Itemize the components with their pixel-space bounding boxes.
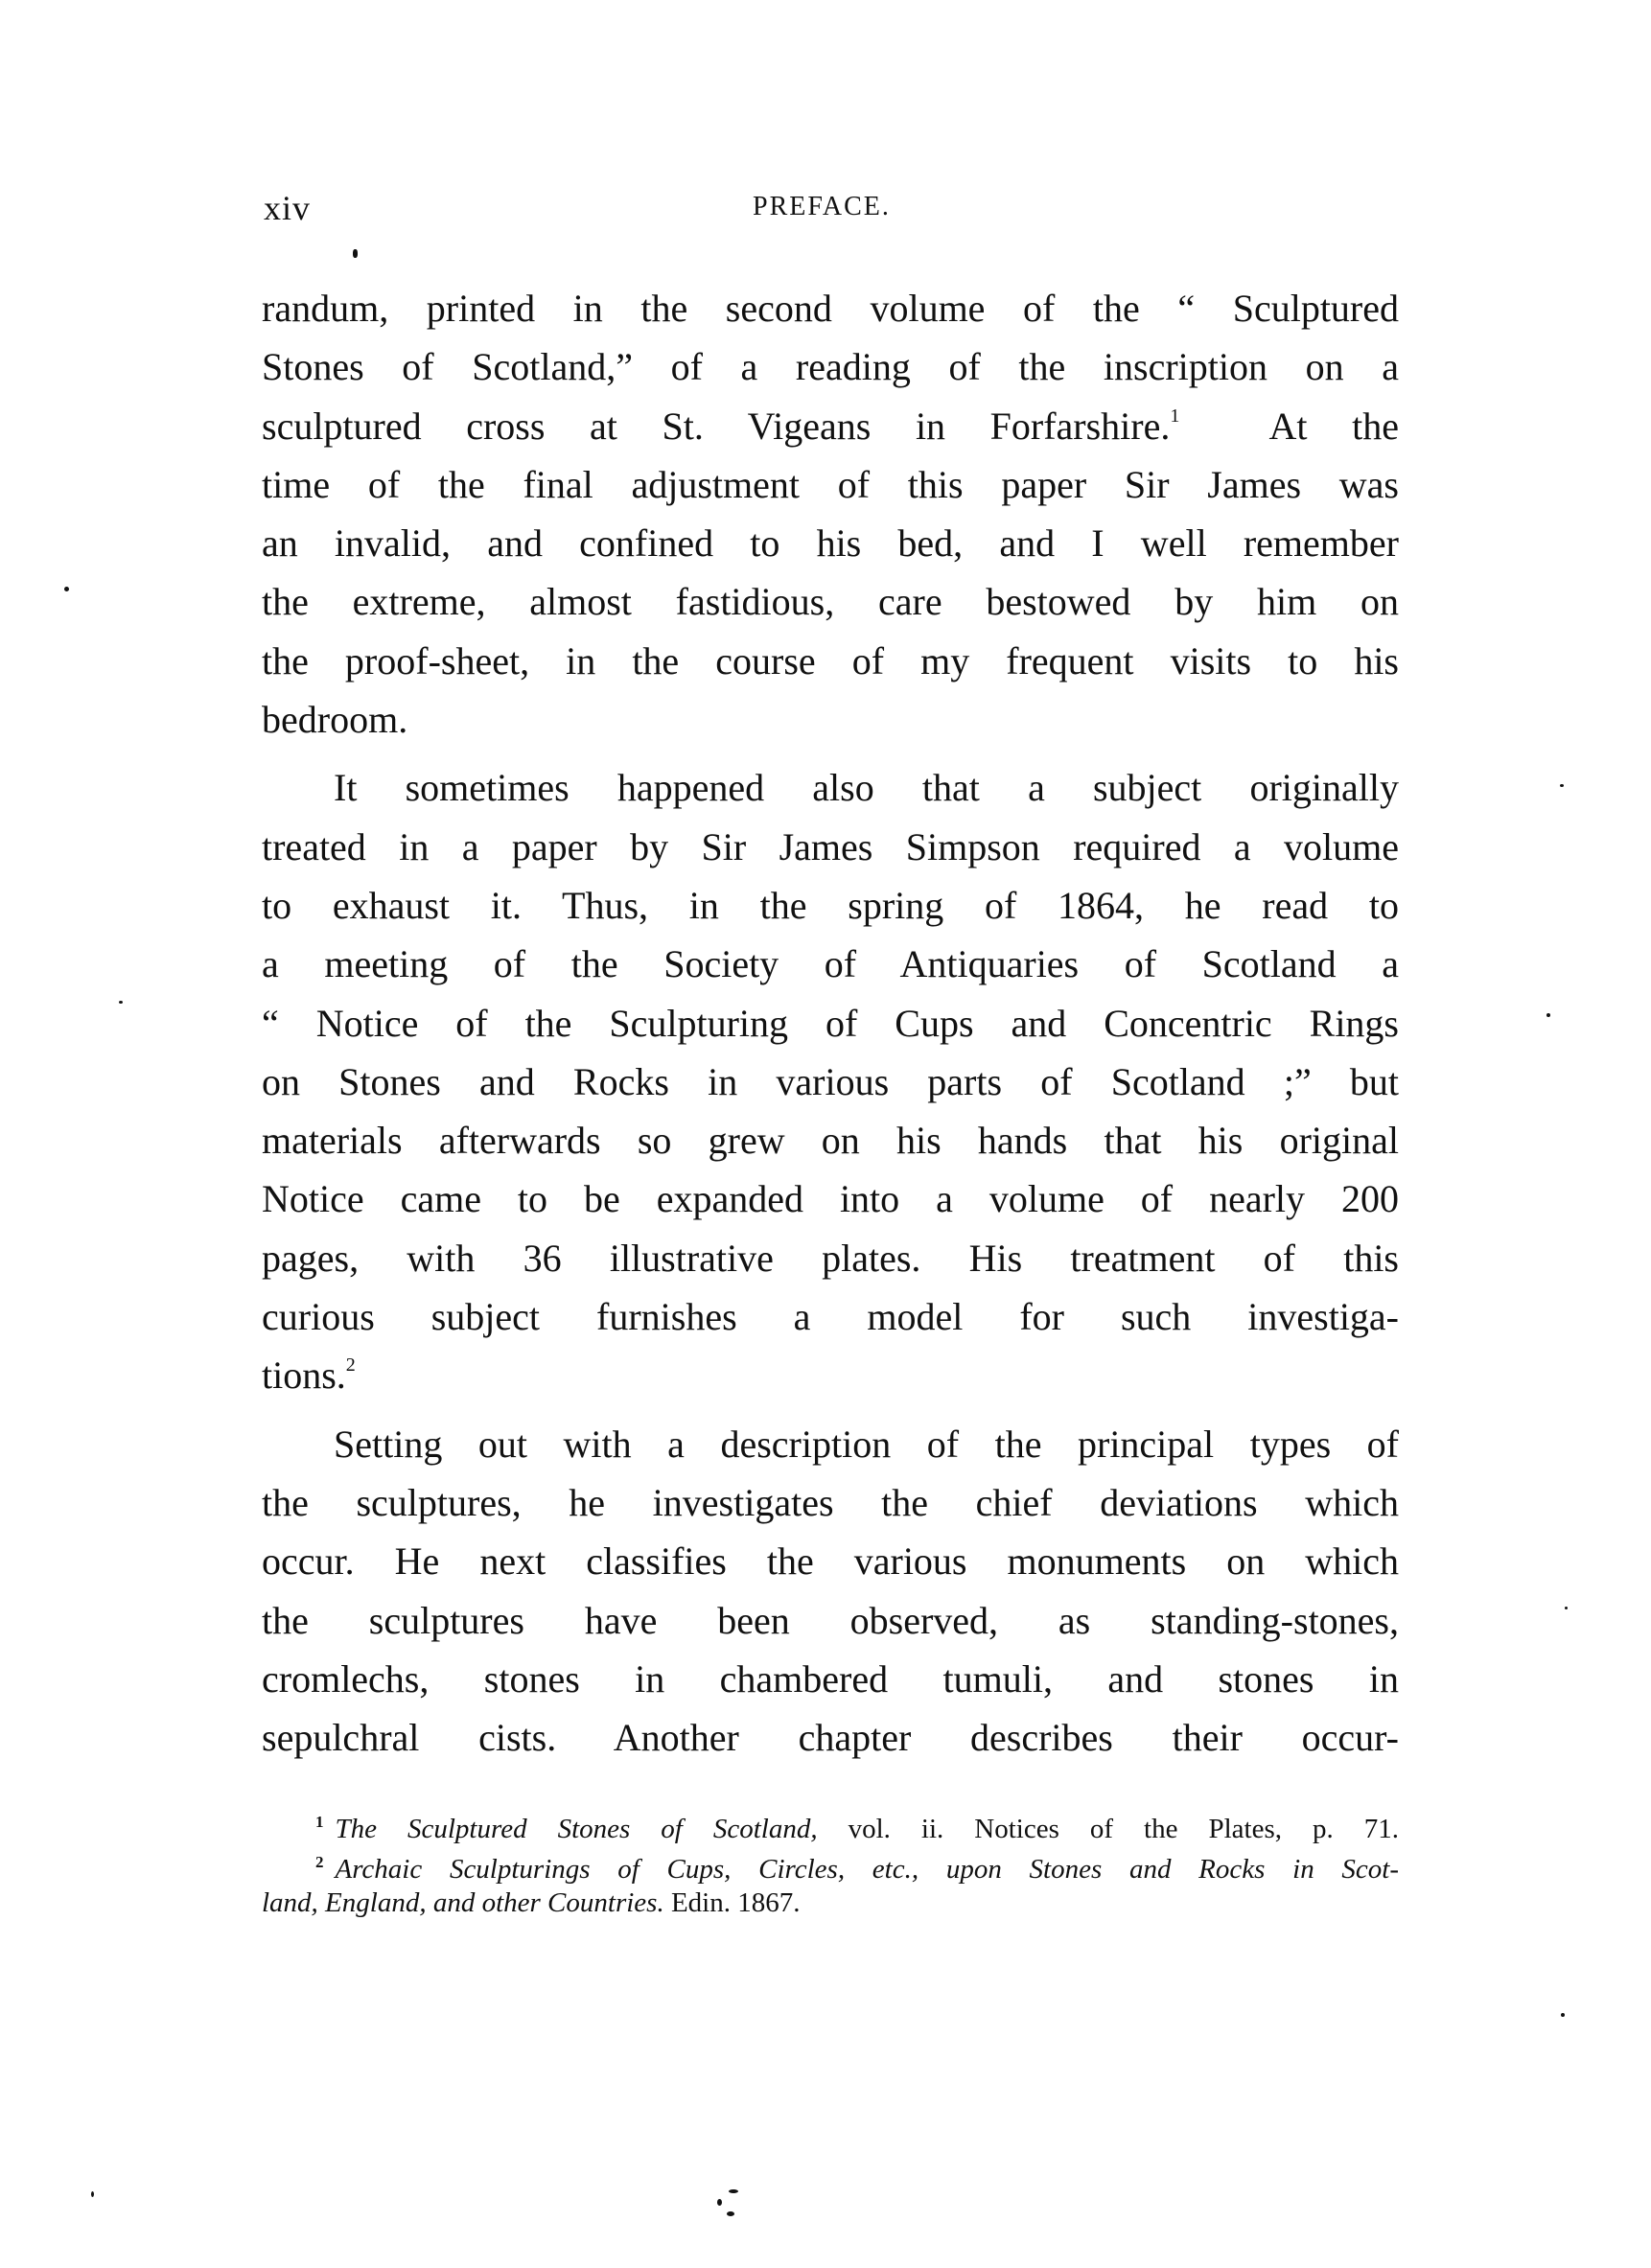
footnote-ref-2[interactable]: 2 [346,1354,356,1376]
scan-speck [119,1001,123,1004]
scan-speck [353,249,358,258]
text-line: Stones of Scotland,” of a reading of the… [262,337,1399,396]
footnote-ref-1[interactable]: 1 [1170,405,1179,427]
footnote-1: 1The Sculptured Stones of Scotland, vol.… [262,1802,1399,1842]
running-head: xiv PREFACE. [262,188,1399,230]
scan-speck [727,2211,734,2216]
text-line: curious subject furnishes a model for su… [262,1287,1399,1346]
text-line: to exhaust it. Thus, in the spring of 18… [262,876,1399,935]
footnotes: 1The Sculptured Stones of Scotland, vol.… [262,1802,1399,1923]
text-line: on Stones and Rocks in various parts of … [262,1053,1399,1111]
text-line: the sculptures, he investigates the chie… [262,1473,1399,1532]
text-line: cromlechs, stones in chambered tumuli, a… [262,1650,1399,1708]
scan-speck [729,2189,738,2193]
text-line: the extreme, almost fastidious, care bes… [262,572,1399,631]
text-line: “ Notice of the Sculpturing of Cups and … [262,994,1399,1053]
text-line: bedroom. [262,690,1399,749]
text-line: sculptured cross at St. Vigeans in Forfa… [262,397,1399,455]
scan-speck [1560,784,1564,787]
footnote-2: 2Archaic Sculpturings of Cups, Circles, … [262,1842,1399,1883]
text-line: randum, printed in the second volume of … [262,279,1399,337]
scan-speck [717,2199,722,2206]
text-line: the proof-sheet, in the course of my fre… [262,632,1399,690]
scan-speck [1565,1607,1568,1609]
text-line: pages, with 36 illustrative plates. His … [262,1229,1399,1287]
text-line: an invalid, and confined to his bed, and… [262,514,1399,572]
footnote-mark: 1 [315,1813,324,1831]
text-line: materials afterwards so grew on his hand… [262,1111,1399,1169]
text-line: the sculptures have been observed, as st… [262,1591,1399,1650]
scan-speck [1561,2013,1565,2017]
footnote-title: Archaic Sculpturings of Cups, Circles, e… [336,1854,1400,1885]
footnote-2-continued: land, England, and other Countries. Edin… [262,1883,1399,1923]
running-head-title: PREFACE. [753,192,891,222]
text-line: occur. He next classifies the various mo… [262,1532,1399,1590]
text-line: Notice came to be expanded into a volume… [262,1169,1399,1228]
paragraph-start: It sometimes happened also that a subjec… [262,758,1399,817]
book-page: xiv PREFACE. randum, printed in the seco… [0,0,1651,2268]
paragraph-start: Setting out with a description of the pr… [262,1415,1399,1473]
scan-speck [64,587,69,591]
text-line: time of the final adjustment of this pap… [262,455,1399,514]
footnote-title: The Sculptured Stones of Scotland, [336,1814,818,1844]
footnote-mark: 2 [315,1853,324,1871]
page-number: xiv [264,188,311,228]
body-text: randum, printed in the second volume of … [262,279,1399,1767]
text-line: tions.2 [262,1346,1399,1404]
text-line: a meeting of the Society of Antiquaries … [262,935,1399,993]
text-line: sepulchral cists. Another chapter descri… [262,1708,1399,1767]
scan-speck [91,2191,94,2197]
text-line: treated in a paper by Sir James Simpson … [262,818,1399,876]
scan-speck [1546,1013,1550,1017]
